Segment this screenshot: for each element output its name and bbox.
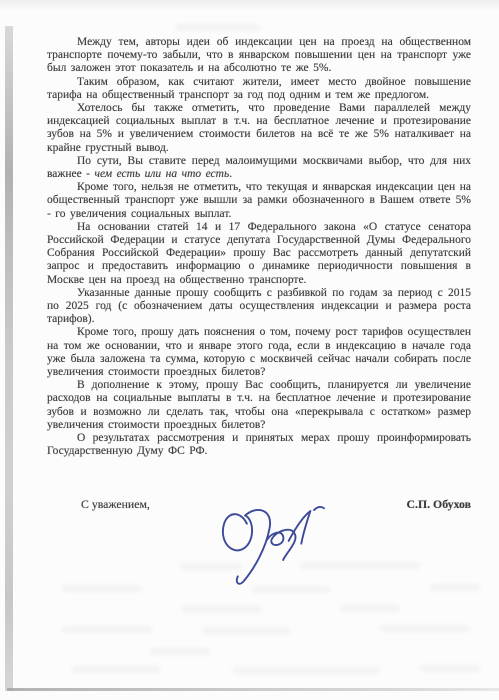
paragraph-text: .	[229, 168, 232, 180]
paragraph-text: На основании статей 14 и 17 Федерального…	[47, 221, 471, 286]
paragraph-text: О результатах рассмотрения и принятых ме…	[47, 432, 471, 457]
paragraph: На основании статей 14 и 17 Федерального…	[47, 221, 471, 287]
signer-name: С.П. Обухов	[407, 497, 472, 512]
scan-bottom-edge-line	[7, 688, 499, 691]
paragraph: О результатах рассмотрения и принятых ме…	[47, 432, 471, 458]
scan-top-shadow	[0, 0, 499, 11]
paragraph: В дополнение к этому, прошу Вас сообщить…	[47, 379, 471, 432]
handwritten-signature	[216, 500, 334, 590]
paragraph: Указанные данные прошу сообщить с разбив…	[47, 287, 471, 327]
letter-body: Между тем, авторы идеи об индексации цен…	[47, 36, 471, 459]
paragraph: Кроме того, прошу дать пояснения о том, …	[47, 326, 471, 379]
paragraph-text: Указанные данные прошу сообщить с разбив…	[47, 287, 471, 325]
scanned-letter-page: Между тем, авторы идеи об индексации цен…	[0, 0, 499, 700]
paragraph-text-italic: чем есть или на что есть	[94, 168, 229, 180]
scan-left-edge-shadow	[5, 26, 13, 691]
paragraph-text: Кроме того, нельзя не отметить, что теку…	[47, 181, 471, 219]
paragraph-text: Кроме того, прошу дать пояснения о том, …	[47, 326, 471, 378]
paragraph-text: Таким образом, как считают жители, имеет…	[47, 76, 471, 101]
paragraph-text: Между тем, авторы идеи об индексации цен…	[47, 36, 471, 74]
paragraph-text: Хотелось бы также отметить, что проведен…	[47, 102, 471, 154]
paragraph: Таким образом, как считают жители, имеет…	[47, 76, 471, 102]
paragraph-text: В дополнение к этому, прошу Вас сообщить…	[47, 379, 471, 431]
paragraph: Хотелось бы также отметить, что проведен…	[47, 102, 471, 155]
paragraph: Кроме того, нельзя не отметить, что теку…	[47, 181, 471, 221]
closing-salutation: С уважением,	[47, 497, 150, 512]
paragraph: По сути, Вы ставите перед малоимущими мо…	[47, 155, 471, 181]
paragraph: Между тем, авторы идеи об индексации цен…	[47, 36, 471, 76]
